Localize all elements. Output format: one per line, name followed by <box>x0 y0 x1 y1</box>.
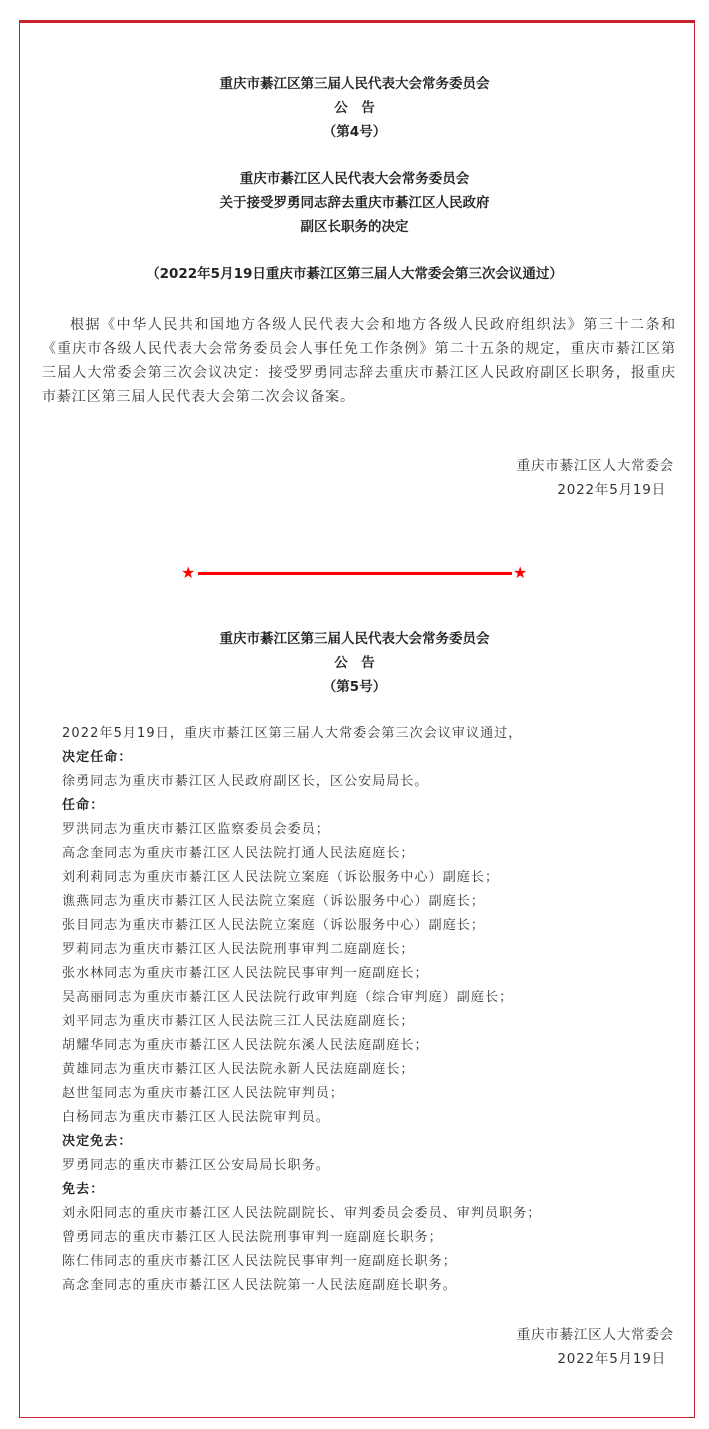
announcement-number: （第5号） <box>0 675 709 699</box>
passed-note-block: （2022年5月19日重庆市綦江区第三届人大常委会第三次会议通过） <box>0 262 709 286</box>
divider-line <box>198 572 512 575</box>
list-item: 刘平同志为重庆市綦江区人民法院三江人民法庭副庭长； <box>62 1010 682 1034</box>
announcement-4-header: 重庆市綦江区第三届人民代表大会常务委员会 公 告 （第4号） <box>0 72 709 144</box>
list-item: 高念奎同志为重庆市綦江区人民法院打通人民法庭庭长； <box>62 842 682 866</box>
list-item: 黄雄同志为重庆市綦江区人民法院永新人民法庭副庭长； <box>62 1058 682 1082</box>
appointment-list: 2022年5月19日，重庆市綦江区第三届人大常委会第三次会议审议通过， 决定任命… <box>62 722 682 1298</box>
star-icon: ★ <box>181 566 197 582</box>
decision-title-line: 副区长职务的决定 <box>0 215 709 239</box>
list-item: 吴高丽同志为重庆市綦江区人民法院行政审判庭（综合审判庭）副庭长； <box>62 986 682 1010</box>
star-icon: ★ <box>513 566 529 582</box>
list-item: 罗洪同志为重庆市綦江区监察委员会委员； <box>62 818 682 842</box>
doc-type-title: 公 告 <box>0 651 709 675</box>
decision-title-line: 重庆市綦江区人民代表大会常务委员会 <box>0 167 709 191</box>
section-heading-decide-remove: 决定免去： <box>62 1130 682 1154</box>
list-item: 胡耀华同志为重庆市綦江区人民法院东溪人民法庭副庭长； <box>62 1034 682 1058</box>
announcement-5-header: 重庆市綦江区第三届人民代表大会常务委员会 公 告 （第5号） <box>0 627 709 699</box>
list-item: 罗莉同志为重庆市綦江区人民法院刑事审判二庭副庭长； <box>62 938 682 962</box>
list-item: 刘永阳同志的重庆市綦江区人民法院副院长、审判委员会委员、审判员职务； <box>62 1202 682 1226</box>
issuer-title: 重庆市綦江区第三届人民代表大会常务委员会 <box>0 72 709 96</box>
list-item: 张目同志为重庆市綦江区人民法院立案庭（诉讼服务中心）副庭长； <box>62 914 682 938</box>
section-divider: ★ ★ <box>181 566 529 580</box>
list-item: 罗勇同志的重庆市綦江区公安局局长职务。 <box>62 1154 682 1178</box>
decision-body: 根据《中华人民共和国地方各级人民代表大会和地方各级人民政府组织法》第三十二条和《… <box>42 313 676 409</box>
list-item: 白杨同志为重庆市綦江区人民法院审判员。 <box>62 1106 682 1130</box>
announcement-number: （第4号） <box>0 120 709 144</box>
list-item: 刘利莉同志为重庆市綦江区人民法院立案庭（诉讼服务中心）副庭长； <box>62 866 682 890</box>
doc-type-title: 公 告 <box>0 96 709 120</box>
section-heading-appoint: 任命： <box>62 794 682 818</box>
decision-title-line: 关于接受罗勇同志辞去重庆市綦江区人民政府 <box>0 191 709 215</box>
signature-date: 2022年5月19日 <box>517 478 674 502</box>
section-heading-remove: 免去： <box>62 1178 682 1202</box>
decision-paragraph: 根据《中华人民共和国地方各级人民代表大会和地方各级人民政府组织法》第三十二条和《… <box>42 313 676 409</box>
signature-block-1: 重庆市綦江区人大常委会 2022年5月19日 <box>517 454 674 502</box>
list-item: 赵世玺同志为重庆市綦江区人民法院审判员； <box>62 1082 682 1106</box>
list-item: 曾勇同志的重庆市綦江区人民法院刑事审判一庭副庭长职务； <box>62 1226 682 1250</box>
signature-date: 2022年5月19日 <box>517 1347 674 1371</box>
list-item: 张水林同志为重庆市綦江区人民法院民事审判一庭副庭长； <box>62 962 682 986</box>
signature-org: 重庆市綦江区人大常委会 <box>517 1323 674 1347</box>
list-item: 陈仁伟同志的重庆市綦江区人民法院民事审判一庭副庭长职务； <box>62 1250 682 1274</box>
decision-title: 重庆市綦江区人民代表大会常务委员会 关于接受罗勇同志辞去重庆市綦江区人民政府 副… <box>0 167 709 239</box>
intro-line: 2022年5月19日，重庆市綦江区第三届人大常委会第三次会议审议通过， <box>62 722 682 746</box>
signature-block-2: 重庆市綦江区人大常委会 2022年5月19日 <box>517 1323 674 1371</box>
list-item: 高念奎同志的重庆市綦江区人民法院第一人民法庭副庭长职务。 <box>62 1274 682 1298</box>
list-item: 徐勇同志为重庆市綦江区人民政府副区长，区公安局局长。 <box>62 770 682 794</box>
list-item: 谯燕同志为重庆市綦江区人民法院立案庭（诉讼服务中心）副庭长； <box>62 890 682 914</box>
signature-org: 重庆市綦江区人大常委会 <box>517 454 674 478</box>
section-heading-decide-appoint: 决定任命： <box>62 746 682 770</box>
passed-note: （2022年5月19日重庆市綦江区第三届人大常委会第三次会议通过） <box>0 262 709 286</box>
issuer-title: 重庆市綦江区第三届人民代表大会常务委员会 <box>0 627 709 651</box>
